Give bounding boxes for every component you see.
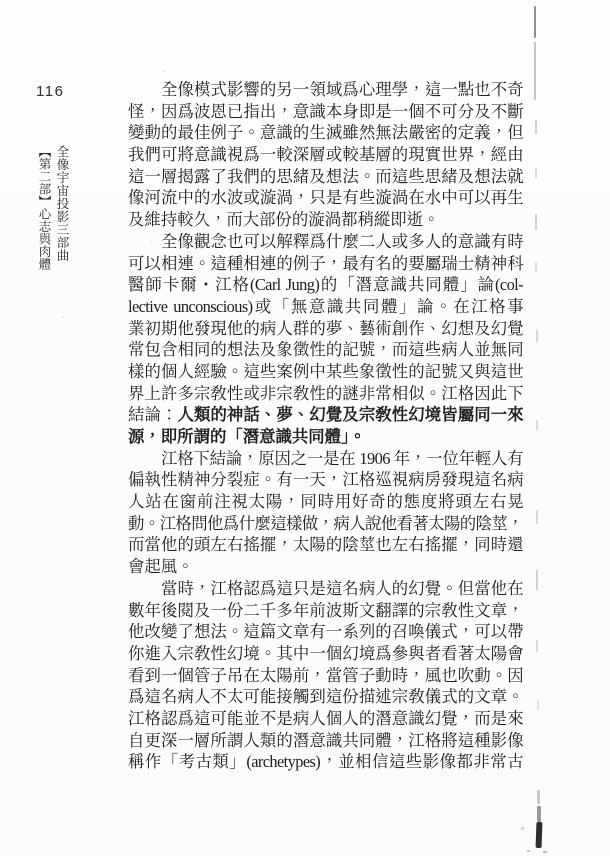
text-run: 江格認爲這可能並不是病人個人的潛意識幻覺，而是來	[128, 709, 523, 728]
text-run: 爲這名病人不太可能接觸到這份描述宗敎儀式的文章。	[128, 687, 523, 706]
text-line: 醫師卡爾・江格(Carl Jung)的「潛意識共同體」論(col-	[128, 274, 523, 296]
scan-artifact	[535, 262, 537, 272]
text-line: 江格認爲這可能並不是病人個人的潛意識幻覺，而是來	[128, 708, 523, 730]
text-line: 這一層揭露了我們的思緒及想法。而這些思緒及想法就	[128, 166, 523, 188]
scan-artifact	[535, 214, 537, 230]
emphasis-text: 源，即所謂的「潛意識共同體」。	[128, 427, 366, 446]
text-run: 自更深一層所謂人類的潛意識共同體，江格將這種影像	[128, 731, 523, 750]
text-run: 可以相連。這種相連的例子，最有名的要屬瑞士精神科	[128, 254, 523, 273]
text-run: 江格下結論，原因之一是在 1906 年，一位年輕人有	[161, 449, 523, 468]
text-line: 稱作「考古類」(archetypes)，並相信這些影像都非常古	[128, 751, 523, 773]
text-run: 你進入宗敎性幻境。其中一個幻境爲參與者看著太陽會	[128, 644, 523, 663]
scan-artifact	[537, 790, 540, 804]
scan-artifact	[536, 822, 543, 848]
text-run: 這一層揭露了我們的思緒及想法。而這些思緒及想法就	[128, 167, 523, 186]
text-line: 源，即所謂的「潛意識共同體」。	[128, 426, 523, 448]
text-run: 看到一個管子吊在太陽前，當管子動時，風也吹動。因	[128, 666, 523, 685]
scan-artifact	[536, 570, 538, 590]
text-line: 像河流中的水波或漩渦，只是有些漩渦在水中可以再生	[128, 187, 523, 209]
spine-title: 全像宇宙投影三部曲 【第二部】心志與肉體	[36, 145, 70, 295]
text-run: 偏執性精神分裂症。有一天，江格巡視病房發現這名病	[128, 470, 523, 489]
text-line: 界上許多宗敎性或非宗敎性的謎非常相似。江格因此下	[128, 383, 523, 405]
text-line: 結論：人類的神話、夢、幻覺及宗敎性幻境皆屬同一來	[128, 404, 523, 426]
scan-speck	[163, 70, 165, 72]
text-line: 偏執性精神分裂症。有一天，江格巡視病房發現這名病	[128, 469, 523, 491]
spine-series-title: 全像宇宙投影三部曲	[54, 145, 70, 295]
text-line: 他改變了想法。這篇文章有一系列的召喚儀式，可以帶	[128, 621, 523, 643]
scan-artifact	[536, 510, 538, 524]
scan-artifact	[534, 6, 536, 38]
emphasis-text: 人類的神話、夢、幻覺及宗敎性幻境皆屬同一來	[177, 405, 523, 424]
scan-artifact	[536, 420, 538, 430]
page-number: 116	[36, 83, 64, 100]
text-line: 變動的最佳例子。意識的生滅雖然無法嚴密的定義，但	[128, 122, 523, 144]
text-run: 而當他的頭左右搖擺，太陽的陰莖也左右搖擺，同時還	[128, 535, 523, 554]
book-page: 116 全像宇宙投影三部曲 【第二部】心志與肉體 全像模式影響的另一領域爲心理學…	[0, 0, 610, 856]
text-run: 怪，因爲波恩已指出，意識本身即是一個不可分及不斷	[128, 102, 523, 121]
text-line: 業初期他發現他的病人群的夢、藝術創作、幻想及幻覺	[128, 318, 523, 340]
body-text: 全像模式影響的另一領域爲心理學，這一點也不奇怪，因爲波恩已指出，意識本身即是一個…	[128, 79, 523, 773]
text-line: 我們可將意識視爲一較深層或較基層的現實世界，經由	[128, 144, 523, 166]
text-run: 數年後閱及一份二千多年前波斯文翻譯的宗敎性文章，	[128, 601, 523, 620]
text-run: 動。江格問他爲什麼這樣做，病人說他看著太陽的陰莖，	[128, 514, 523, 533]
text-line: 常包含相同的想法及象徵性的記號，而這些病人並無同	[128, 339, 523, 361]
text-run: 界上許多宗敎性或非宗敎性的謎非常相似。江格因此下	[128, 384, 523, 403]
text-line: 會起風。	[128, 556, 523, 578]
scan-speck	[62, 316, 64, 318]
spine-part-title: 【第二部】心志與肉體	[36, 145, 52, 295]
text-line: 自更深一層所謂人類的潛意識共同體，江格將這種影像	[128, 730, 523, 752]
text-run: 會起風。	[128, 557, 194, 576]
text-line: 爲這名病人不太可能接觸到這份描述宗敎儀式的文章。	[128, 686, 523, 708]
text-line: 全像模式影響的另一領域爲心理學，這一點也不奇	[128, 79, 523, 101]
text-run: 及維持較久，而大部份的漩渦都稍縱即逝。	[128, 210, 439, 229]
text-line: 動。江格問他爲什麼這樣做，病人說他看著太陽的陰莖，	[128, 513, 523, 535]
text-line: 江格下結論，原因之一是在 1906 年，一位年輕人有	[128, 448, 523, 470]
scan-artifact	[536, 330, 538, 342]
text-line: 及維持較久，而大部份的漩渦都稍縱即逝。	[128, 209, 523, 231]
scan-artifact	[535, 168, 537, 178]
text-line: 看到一個管子吊在太陽前，當管子動時，風也吹動。因	[128, 665, 523, 687]
scan-artifact	[527, 850, 530, 852]
text-line: 當時，江格認爲這只是這名病人的幻覺。但當他在	[128, 578, 523, 600]
text-run: 人站在窗前注視太陽，同時用好奇的態度將頭左右晃	[128, 492, 523, 511]
text-run: 他改變了想法。這篇文章有一系列的召喚儀式，可以帶	[128, 622, 523, 641]
scan-artifact	[543, 851, 547, 853]
scan-artifact	[521, 827, 524, 830]
text-line: 全像觀念也可以解釋爲什麼二人或多人的意識有時	[128, 231, 523, 253]
text-line: 樣的個人經驗。這些案例中某些象徵性的記號又與這世	[128, 361, 523, 383]
text-line: 數年後閱及一份二千多年前波斯文翻譯的宗敎性文章，	[128, 600, 523, 622]
scan-artifact	[535, 120, 537, 134]
text-run: 像河流中的水波或漩渦，只是有些漩渦在水中可以再生	[128, 188, 523, 207]
text-line: 怪，因爲波恩已指出，意識本身即是一個不可分及不斷	[128, 101, 523, 123]
scan-artifact	[537, 806, 541, 822]
text-run: 業初期他發現他的病人群的夢、藝術創作、幻想及幻覺	[128, 319, 523, 338]
text-line: 人站在窗前注視太陽，同時用好奇的態度將頭左右晃	[128, 491, 523, 513]
text-run: 樣的個人經驗。這些案例中某些象徵性的記號又與這世	[128, 362, 523, 381]
text-run: 全像模式影響的另一領域爲心理學，這一點也不奇	[161, 80, 523, 99]
text-line: lective unconscious)或「無意識共同體」論。在江格事	[128, 296, 523, 318]
text-line: 而當他的頭左右搖擺，太陽的陰莖也左右搖擺，同時還	[128, 534, 523, 556]
scan-artifact	[534, 42, 536, 100]
text-run: 當時，江格認爲這只是這名病人的幻覺。但當他在	[161, 579, 523, 598]
text-run: 全像觀念也可以解釋爲什麼二人或多人的意識有時	[161, 232, 523, 251]
text-run: 常包含相同的想法及象徵性的記號，而這些病人並無同	[128, 340, 523, 359]
scan-artifact	[536, 640, 538, 652]
text-run: 稱作「考古類」(archetypes)，並相信這些影像都非常古	[128, 752, 523, 771]
text-line: 可以相連。這種相連的例子，最有名的要屬瑞士精神科	[128, 253, 523, 275]
text-run: lective unconscious)或「無意識共同體」論。在江格事	[128, 297, 523, 316]
scan-artifact	[537, 700, 539, 710]
text-run: 變動的最佳例子。意識的生滅雖然無法嚴密的定義，但	[128, 123, 523, 142]
text-run: 我們可將意識視爲一較深層或較基層的現實世界，經由	[128, 145, 523, 164]
text-line: 你進入宗敎性幻境。其中一個幻境爲參與者看著太陽會	[128, 643, 523, 665]
text-run: 結論：	[128, 405, 177, 424]
text-run: 醫師卡爾・江格(Carl Jung)的「潛意識共同體」論(col-	[128, 275, 523, 294]
